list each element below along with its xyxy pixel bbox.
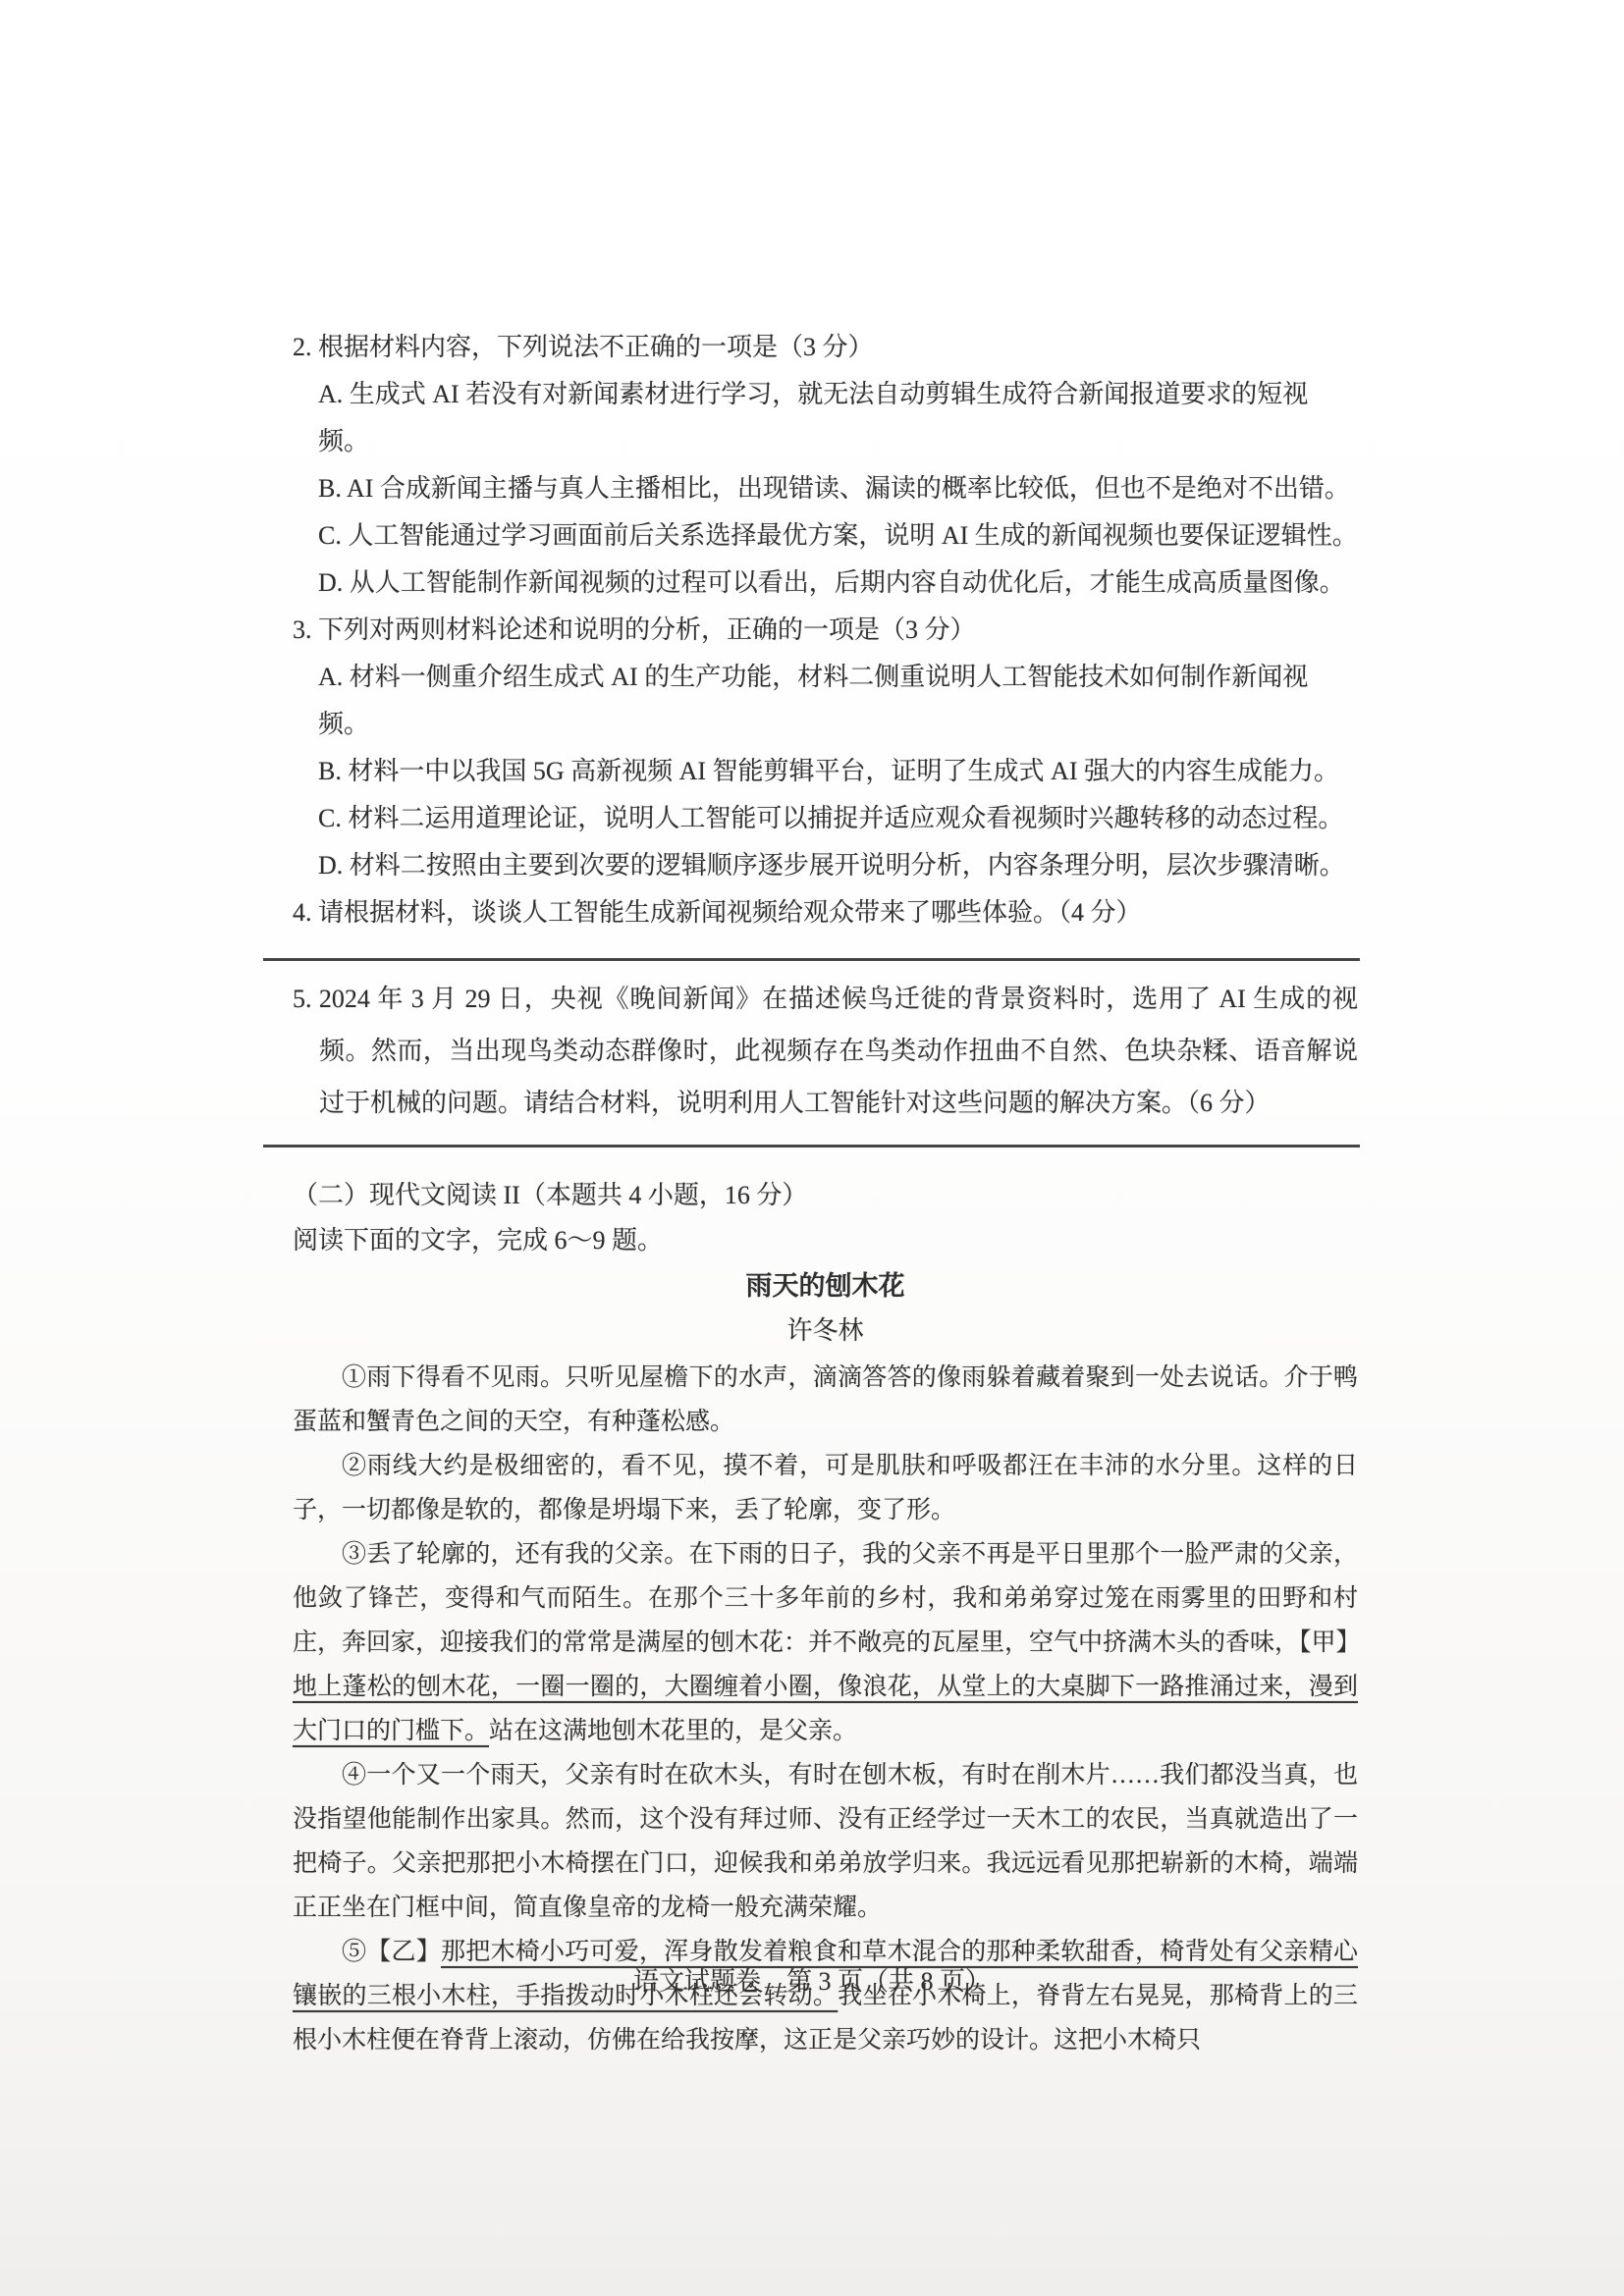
question-3-option-c: C. 材料二运用道理论证，说明人工智能可以捕捉并适应观众看视频时兴趣转移的动态过… xyxy=(293,795,1358,842)
section-divider-bottom xyxy=(263,1145,1360,1148)
page-footer: 语文试题卷 第 3 页（共 8 页） xyxy=(0,1961,1624,1998)
question-5: 5. 2024 年 3 月 29 日，央视《晚间新闻》在描述候鸟迁徙的背景资料时… xyxy=(293,973,1358,1129)
reading-section: （二）现代文阅读 II（本题共 4 小题，16 分） 阅读下面的文字，完成 6～… xyxy=(293,1173,1358,2062)
essay-paragraph-2: ②雨线大约是极细密的，看不见，摸不着，可是肌肤和呼吸都汪在丰沛的水分里。这样的日… xyxy=(293,1444,1358,1532)
question-3-stem: 3. 下列对两则材料论述和说明的分析，正确的一项是（3 分） xyxy=(293,607,1358,654)
essay-paragraph-1: ①雨下得看不见雨。只听见屋檐下的水声，滴滴答答的像雨躲着藏着聚到一处去说话。介于… xyxy=(293,1356,1358,1444)
essay-body: ①雨下得看不见雨。只听见屋檐下的水声，滴滴答答的像雨躲着藏着聚到一处去说话。介于… xyxy=(293,1356,1358,2062)
page-content: 2. 根据材料内容，下列说法不正确的一项是（3 分） A. 生成式 AI 若没有… xyxy=(293,324,1358,2062)
question-3-option-a: A. 材料一侧重介绍生成式 AI 的生产功能，材料二侧重说明人工智能技术如何制作… xyxy=(293,654,1358,748)
question-3-option-b: B. 材料一中以我国 5G 高新视频 AI 智能剪辑平台，证明了生成式 AI 强… xyxy=(293,748,1358,795)
section-divider-top xyxy=(263,958,1360,961)
question-2-stem: 2. 根据材料内容，下列说法不正确的一项是（3 分） xyxy=(293,324,1358,371)
question-2-option-d: D. 从人工智能制作新闻视频的过程可以看出，后期内容自动优化后，才能生成高质量图… xyxy=(293,560,1358,607)
question-4-stem: 4. 请根据材料，谈谈人工智能生成新闻视频给观众带来了哪些体验。（4 分） xyxy=(293,889,1358,936)
essay-paragraph-3: ③丢了轮廓的，还有我的父亲。在下雨的日子，我的父亲不再是平日里那个一脸严肃的父亲… xyxy=(293,1532,1358,1753)
essay-paragraph-3-tail: 站在这满地刨木花里的，是父亲。 xyxy=(489,1718,857,1744)
reading-section-heading: （二）现代文阅读 II（本题共 4 小题，16 分） xyxy=(293,1173,1358,1218)
essay-author: 许冬林 xyxy=(293,1308,1358,1354)
question-2-option-c: C. 人工智能通过学习画面前后关系选择最优方案，说明 AI 生成的新闻视频也要保… xyxy=(293,512,1358,560)
question-3-option-d: D. 材料二按照由主要到次要的逻辑顺序逐步展开说明分析，内容条理分明，层次步骤清… xyxy=(293,842,1358,889)
exam-page: 2. 根据材料内容，下列说法不正确的一项是（3 分） A. 生成式 AI 若没有… xyxy=(0,0,1624,2296)
question-2-option-a: A. 生成式 AI 若没有对新闻素材进行学习，就无法自动剪辑生成符合新闻报道要求… xyxy=(293,371,1358,465)
essay-title: 雨天的刨木花 xyxy=(293,1263,1358,1308)
essay-paragraph-3-text: ③丢了轮廓的，还有我的父亲。在下雨的日子，我的父亲不再是平日里那个一脸严肃的父亲… xyxy=(293,1541,1361,1656)
multiple-choice-block: 2. 根据材料内容，下列说法不正确的一项是（3 分） A. 生成式 AI 若没有… xyxy=(293,324,1358,936)
reading-instruction: 阅读下面的文字，完成 6～9 题。 xyxy=(293,1218,1358,1263)
question-2-option-b: B. AI 合成新闻主播与真人主播相比，出现错读、漏读的概率比较低，但也不是绝对… xyxy=(293,465,1358,512)
essay-paragraph-4: ④一个又一个雨天，父亲有时在砍木头，有时在刨木板，有时在削木片……我们都没当真，… xyxy=(293,1753,1358,1930)
